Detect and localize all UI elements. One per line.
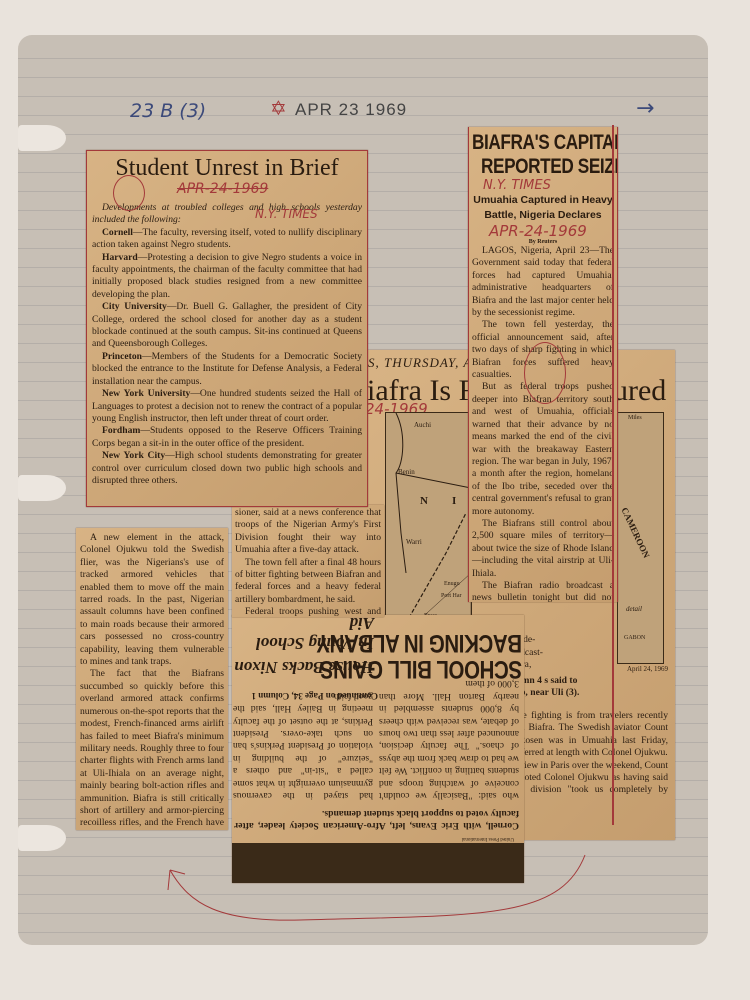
- map-label: CAMEROON: [619, 506, 651, 560]
- map-label: detail: [626, 605, 642, 613]
- column-right: had stayed in the cavernous gymnasium ov…: [232, 689, 378, 801]
- item-new-york-city: New York City—High school students demon…: [92, 450, 362, 487]
- map-label: Miles: [628, 415, 642, 421]
- clipping-spokesman: sioner, said at a news conference that t…: [232, 505, 384, 617]
- headline-line2: REPORTED SEIZED: [481, 155, 593, 179]
- circle-mark: [113, 175, 145, 211]
- continued-note: Continued on Page 34, Column 1: [251, 691, 378, 701]
- clipping-student-unrest: Student Unrest in Brief APR-24-1969 N.Y.…: [86, 150, 368, 507]
- item-city-university: City University—Dr. Buell G. Gallagher, …: [92, 301, 362, 351]
- map-label: N: [420, 495, 428, 507]
- arrow-icon: →: [636, 96, 654, 121]
- item-fordham: Fordham—Students opposed to the Reserve …: [92, 425, 362, 450]
- clipping-upside-down-cornell: United Press International Cornell, with…: [232, 615, 524, 883]
- article-text: A new element in the attack, Colonel Oju…: [76, 528, 228, 830]
- punch-hole: [18, 825, 66, 851]
- annotation-source: N.Y. TIMES: [255, 207, 318, 221]
- photo-credit: United Press International: [462, 836, 514, 841]
- pen-line: [612, 125, 614, 825]
- map-label: GABON: [624, 635, 645, 641]
- photo: [232, 843, 524, 883]
- map-cameroon: Miles CAMEROON detail GABON: [617, 412, 664, 664]
- star-icon: ✡: [270, 96, 287, 120]
- punch-hole: [18, 475, 66, 501]
- circle-mark: [524, 342, 566, 404]
- headline-nixon-2: In Voting School Aid: [232, 615, 374, 653]
- article-text: LAGOS, Nigeria, April 23—The Government …: [469, 245, 617, 602]
- punch-hole: [18, 125, 66, 151]
- clipping-ojukwu: A new element in the attack, Colonel Oju…: [76, 528, 228, 830]
- rotated-content: United Press International Cornell, with…: [232, 615, 524, 883]
- article-text: sioner, said at a news conference that t…: [232, 505, 384, 617]
- map-nigeria: Auchi Benin N I Warri Enugu Port Har Bra…: [385, 412, 472, 624]
- headline-line1: BIAFRA'S CAPITAL: [472, 131, 591, 155]
- item-princeton: Princeton—Members of the Students for a …: [92, 351, 362, 388]
- map-lines: [386, 413, 471, 623]
- annotation-date: APR-24-1969: [177, 181, 268, 197]
- annotation-date: APR-24-1969: [489, 223, 617, 239]
- map-label: I: [452, 495, 456, 507]
- column-left: who said: "Basically we couldn't conceiv…: [374, 677, 524, 801]
- photo-caption: Cornell, with Eric Evans, left, Afro-Ame…: [232, 806, 524, 831]
- map-label: Enugu: [444, 581, 460, 587]
- annotation-source: N.Y. TIMES: [483, 179, 617, 193]
- map-label: Auchi: [414, 421, 431, 429]
- item-nyu: New York University—One hundred students…: [92, 388, 362, 425]
- subhead: Umuahia Captured in Heavy Battle, Nigeri…: [469, 193, 617, 223]
- headline-right: ured: [613, 374, 666, 408]
- article-text: Developments at troubled colleges and hi…: [87, 202, 367, 487]
- map-label: Warri: [406, 538, 422, 546]
- date-stamp: APR 23 1969: [295, 100, 407, 120]
- item-cornell: Cornell—The faculty, reversing itself, v…: [92, 227, 362, 252]
- map-caption: April 24, 1969: [627, 665, 668, 673]
- headline-nixon-1: House Backs Nixon: [234, 657, 374, 677]
- dateline: S, THURSDAY, A: [368, 355, 472, 371]
- item-harvard: Harvard—Protesting a decision to give Ne…: [92, 252, 362, 302]
- map-label: Benin: [398, 468, 415, 476]
- clipping-biafra-capital: BIAFRA'S CAPITAL REPORTED SEIZED N.Y. TI…: [468, 127, 618, 602]
- handwritten-reference: 23 B (3): [130, 100, 206, 122]
- map-label: Port Har: [441, 593, 462, 599]
